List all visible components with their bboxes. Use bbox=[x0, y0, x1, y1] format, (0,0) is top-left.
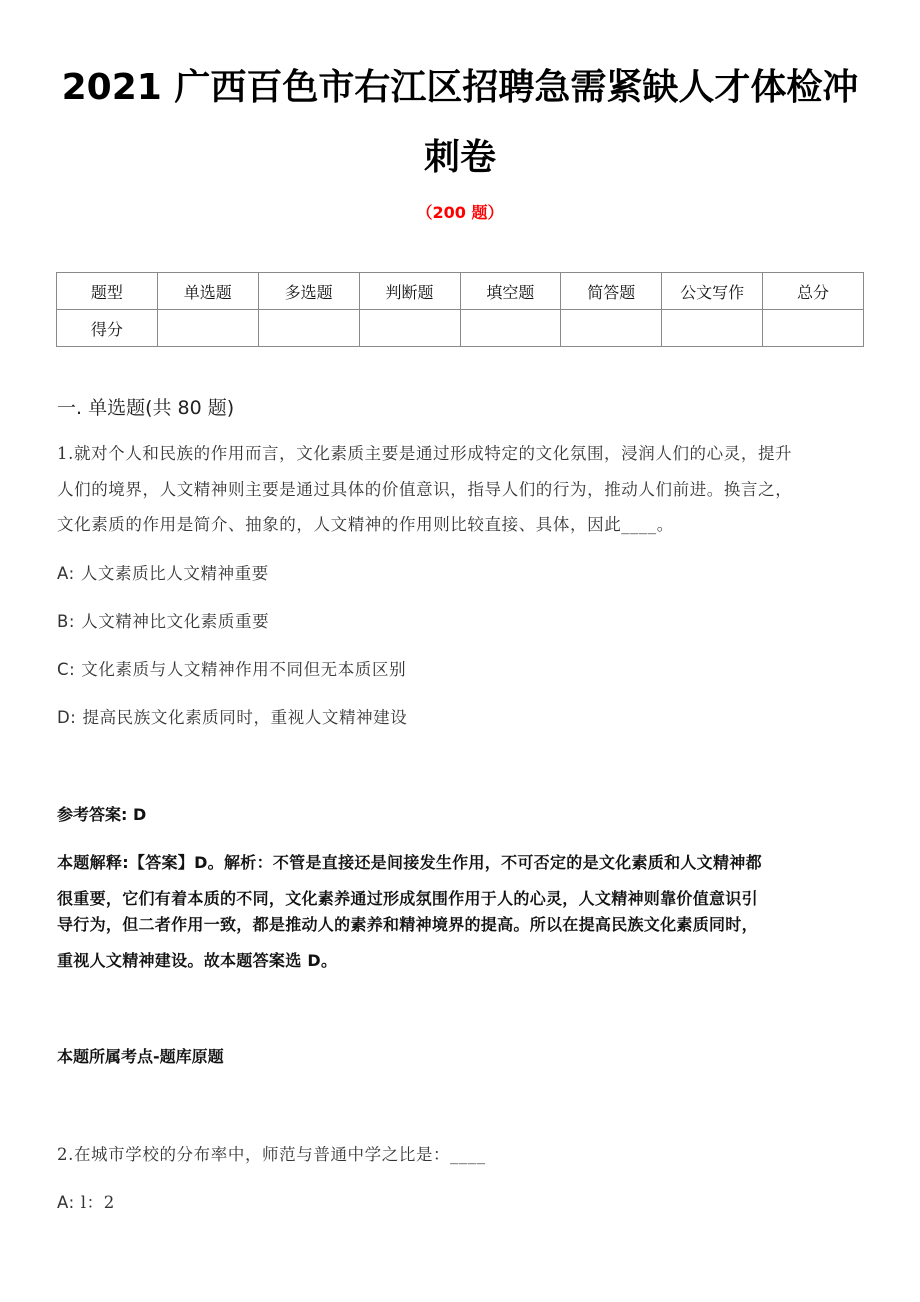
reference-answer: 参考答案: D bbox=[57, 804, 146, 826]
option-d: D:提高民族文化素质同时，重视人文精神建设 bbox=[57, 707, 407, 729]
explanation-line: 重视人文精神建设。故本题答案选 D。 bbox=[57, 950, 337, 972]
document-title-line-2: 刺卷 bbox=[0, 138, 920, 178]
explanation-line: 很重要，它们有着本质的不同，文化素养通过形成氛围作用于人的心灵，人文精神则靠价值… bbox=[57, 888, 758, 910]
option-text: l：2 bbox=[81, 1193, 115, 1212]
option-label: C: bbox=[57, 660, 75, 679]
score-cell-total bbox=[763, 310, 864, 347]
question-stem-line: 2.在城市学校的分布率中，师范与普通中学之比是：____ bbox=[57, 1144, 486, 1166]
option-text: 提高民族文化素质同时，重视人文精神建设 bbox=[82, 708, 407, 727]
question-count: （200 题） bbox=[0, 203, 920, 223]
explanation-line: 本题解释:【答案】D。解析：不管是直接还是间接发生作用，不可否定的是文化素质和人… bbox=[57, 852, 762, 874]
option-c: C:文化素质与人文精神作用不同但无本质区别 bbox=[57, 659, 406, 681]
option-text: 文化素质与人文精神作用不同但无本质区别 bbox=[81, 660, 406, 679]
header-cell-official-writing: 公文写作 bbox=[662, 273, 763, 310]
option-label: A: bbox=[57, 1193, 75, 1212]
score-cell-true-false bbox=[359, 310, 460, 347]
explanation-line: 导行为，但二者作用一致，都是推动人的素养和精神境界的提高。所以在提高民族文化素质… bbox=[57, 914, 758, 936]
header-cell-fill-blank: 填空题 bbox=[460, 273, 561, 310]
option-a: A:人文素质比人文精神重要 bbox=[57, 563, 269, 585]
question-stem-line: 1.就对个人和民族的作用而言，文化素质主要是通过形成特定的文化氛围，浸润人们的心… bbox=[57, 443, 792, 465]
option-label: D: bbox=[57, 708, 76, 727]
header-cell-type: 题型 bbox=[57, 273, 158, 310]
option-a: A:l：2 bbox=[57, 1192, 115, 1214]
option-label: A: bbox=[57, 564, 75, 583]
header-cell-true-false: 判断题 bbox=[359, 273, 460, 310]
header-cell-short-answer: 简答题 bbox=[561, 273, 662, 310]
header-cell-single-choice: 单选题 bbox=[157, 273, 258, 310]
header-cell-multiple-choice: 多选题 bbox=[258, 273, 359, 310]
document-title-line-1: 2021 广西百色市右江区招聘急需紧缺人才体检冲 bbox=[0, 68, 920, 108]
score-table-score-row: 得分 bbox=[57, 310, 864, 347]
score-cell-fill-blank bbox=[460, 310, 561, 347]
score-cell-short-answer bbox=[561, 310, 662, 347]
knowledge-point: 本题所属考点-题库原题 bbox=[57, 1046, 224, 1068]
option-text: 人文素质比人文精神重要 bbox=[81, 564, 269, 583]
header-cell-total: 总分 bbox=[763, 273, 864, 310]
score-cell-official-writing bbox=[662, 310, 763, 347]
option-b: B:人文精神比文化素质重要 bbox=[57, 611, 269, 633]
row-label-score: 得分 bbox=[57, 310, 158, 347]
section-heading: 一. 单选题(共 80 题) bbox=[57, 396, 234, 420]
score-table: 题型 单选题 多选题 判断题 填空题 简答题 公文写作 总分 得分 bbox=[56, 272, 864, 347]
score-cell-single-choice bbox=[157, 310, 258, 347]
score-cell-multiple-choice bbox=[258, 310, 359, 347]
question-stem-line: 人们的境界，人文精神则主要是通过具体的价值意识，指导人们的行为，推动人们前进。换… bbox=[57, 479, 792, 501]
score-table-header-row: 题型 单选题 多选题 判断题 填空题 简答题 公文写作 总分 bbox=[57, 273, 864, 310]
option-label: B: bbox=[57, 612, 75, 631]
option-text: 人文精神比文化素质重要 bbox=[81, 612, 269, 631]
question-stem-line: 文化素质的作用是简介、抽象的，人文精神的作用则比较直接、具体，因此____。 bbox=[57, 514, 674, 536]
